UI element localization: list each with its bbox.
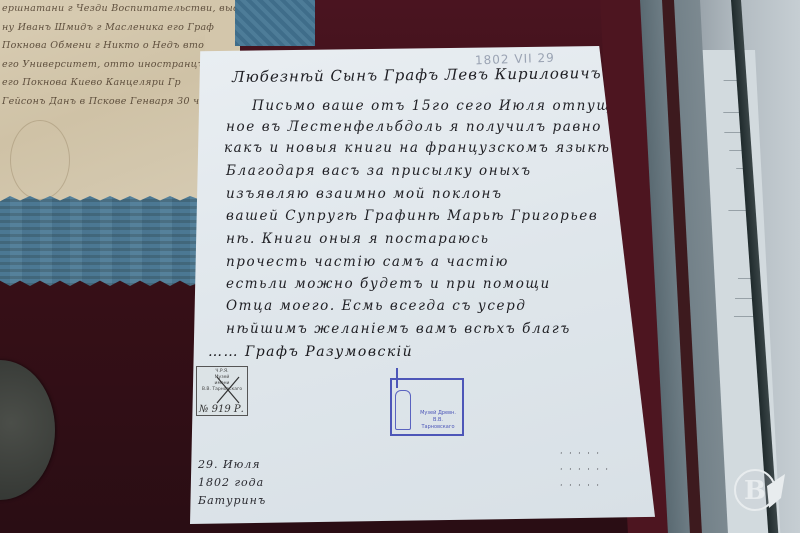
letter-salutation: Любезнѣй Сынъ Графъ Левъ Кириловичъ.	[232, 64, 607, 86]
old-doc-line: ну Иванъ Шмидъ г Масленика его Граф	[2, 19, 237, 38]
letter-line: вашей Супругѣ Графинѣ Марьѣ Григорьев	[226, 208, 598, 224]
note-line: · · · · ·	[560, 478, 610, 494]
letter-line: изъявляю взаимно мой поклонъ	[226, 186, 503, 202]
blue-lace-ribbon	[0, 196, 200, 286]
note-line: · · · · ·	[560, 446, 610, 462]
catalog-number: № 919 Р.	[199, 407, 244, 413]
faded-note-right: · · · · · · · · · · · · · · · ·	[560, 446, 610, 494]
museum-stamp-text: Музей Древн. В.В. Тарновскаго	[412, 410, 464, 431]
coin-medal	[0, 360, 55, 500]
letter-line: нѣ. Книги оныя я постараюсь	[226, 231, 490, 247]
letter-line: Письмо ваше отъ 15го сего Июля отпущен	[252, 98, 632, 114]
catalog-stamp: Ч.Р.Я. Музей имени В.В. Тарновскаго № 91…	[196, 366, 248, 416]
letter-line: прочесть частію самъ а частію	[226, 254, 509, 270]
standing-figure-icon	[395, 390, 411, 430]
museum-stamp: Музей Древн. В.В. Тарновскаго	[390, 378, 464, 436]
flag-pole-icon	[396, 368, 398, 388]
letter-line: Благодаря васъ за присылку оныхъ	[226, 163, 532, 179]
museum-stamp-line: В.В.	[412, 417, 464, 424]
note-line: · · · · · ·	[560, 462, 610, 478]
date-place-note: 29. Июля 1802 года Батуринъ	[198, 456, 266, 510]
book-logo-icon: В	[733, 462, 787, 516]
letter-line: нѣйшимъ желаніемъ вамъ всѣхъ благъ	[226, 321, 571, 337]
museum-stamp-line: Музей Древн.	[412, 410, 464, 417]
old-doc-line: ершнатани г Чезди Воспитательстви, выдан	[2, 0, 237, 19]
handwritten-letter: 1802 VII 29 Любезнѣй Сынъ Графъ Левъ Кир…	[190, 46, 655, 524]
paper-fold	[10, 120, 70, 200]
cancel-cross-icon	[213, 375, 243, 405]
letter-line: ное въ Лестенфельбдоль я получилъ равно	[226, 119, 602, 135]
lace-pattern	[0, 196, 200, 286]
museum-stamp-line: Тарновскаго	[412, 424, 464, 431]
svg-text:В: В	[744, 476, 766, 506]
blue-ribbon-top	[235, 0, 315, 46]
note-line: Батуринъ	[198, 492, 266, 510]
museum-display-photo: ершнатани г Чезди Воспитательстви, выдан…	[0, 0, 800, 533]
note-line: 1802 года	[198, 474, 266, 492]
signature: …… Графъ Разумовскій	[208, 344, 413, 360]
letter-line: какъ и новыя книги на французскомъ языкѣ…	[224, 140, 616, 156]
letter-line: естьли можно будетъ и при помощи	[226, 276, 551, 292]
note-line: 29. Июля	[198, 456, 266, 474]
letter-line: Отца моего. Есмь всегда съ усерд	[226, 298, 526, 314]
